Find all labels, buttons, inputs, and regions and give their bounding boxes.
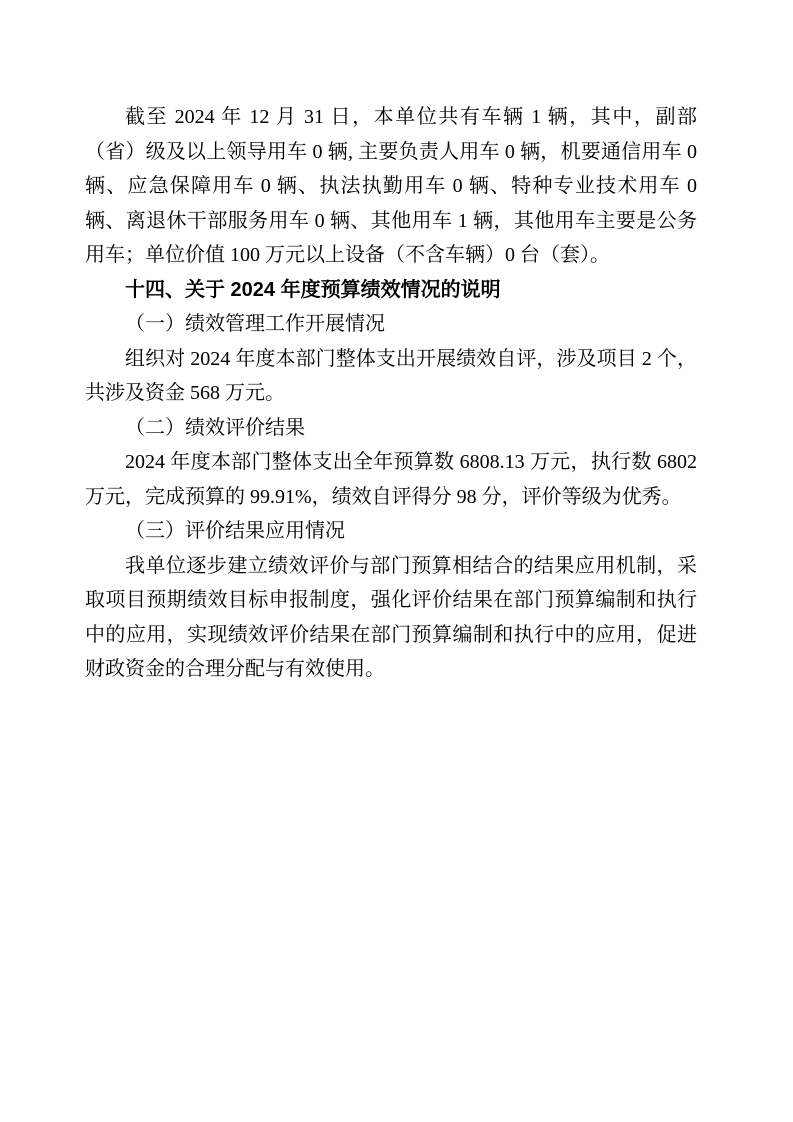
paragraph-self-evaluation: 组织对 2024 年度本部门整体支出开展绩效自评，涉及项目 2 个，共涉及资金 … bbox=[85, 342, 697, 411]
paragraph-result-application: 我单位逐步建立绩效评价与部门预算相结合的结果应用机制，采取项目预期绩效目标申报制… bbox=[85, 549, 697, 687]
subsection-heading-3-application: （三）评价结果应用情况 bbox=[85, 514, 697, 549]
document-content: 截至 2024 年 12 月 31 日，本单位共有车辆 1 辆，其中，副部（省）… bbox=[85, 100, 697, 687]
document-page: 截至 2024 年 12 月 31 日，本单位共有车辆 1 辆，其中，副部（省）… bbox=[0, 0, 793, 1122]
paragraph-vehicle-assets: 截至 2024 年 12 月 31 日，本单位共有车辆 1 辆，其中，副部（省）… bbox=[85, 100, 697, 273]
paragraph-evaluation-results: 2024 年度本部门整体支出全年预算数 6808.13 万元，执行数 6802 … bbox=[85, 445, 697, 514]
subsection-heading-1-management: （一）绩效管理工作开展情况 bbox=[85, 307, 697, 342]
subsection-heading-2-results: （二）绩效评价结果 bbox=[85, 411, 697, 446]
section-heading-14-performance: 十四、关于 2024 年度预算绩效情况的说明 bbox=[85, 273, 697, 308]
